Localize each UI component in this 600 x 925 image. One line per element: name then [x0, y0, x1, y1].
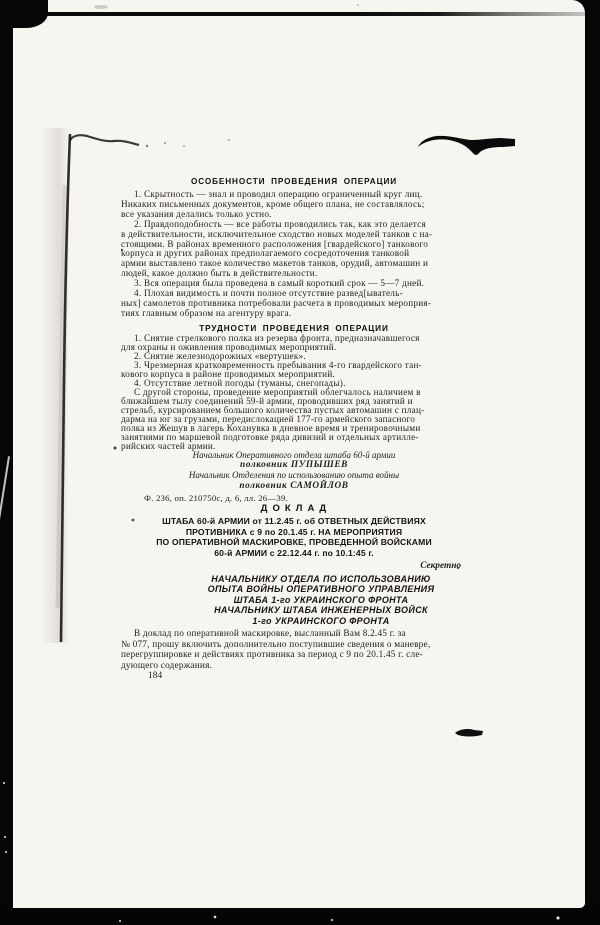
text-line: 1-го УКРАИНСКОГО ФРОНТА	[163, 616, 479, 626]
ink-dot	[228, 139, 230, 141]
text-line: перегруппировке и действиях противника з…	[121, 650, 467, 661]
ink-dash-artifact	[455, 729, 483, 737]
scratch-artifact	[0, 456, 10, 520]
report-body: В доклад по оперативной маскировке, высл…	[121, 629, 467, 671]
text-line: НАЧАЛЬНИКУ ОТДЕЛА ПО ИСПОЛЬЗОВАНИЮ	[163, 574, 479, 584]
dust-speck	[3, 782, 5, 784]
text-line: НАЧАЛЬНИКУ ШТАБА ИНЖЕНЕРНЫХ ВОЙСК	[163, 605, 479, 615]
right-scan-border	[585, 0, 600, 925]
text-line: ШТАБА 60-й АРМИИ от 11.2.45 г. об ОТВЕТН…	[121, 516, 467, 527]
ink-speck	[357, 4, 359, 6]
text-line: дующего содержания.	[121, 661, 467, 672]
left-scan-border	[0, 0, 13, 925]
text-line: № 077, прошу включить дополнительно пост…	[121, 640, 467, 651]
text-line: ПО ОПЕРАТИВНОЙ МАСКИРОВКЕ, ПРОВЕДЕННОЙ В…	[121, 537, 467, 548]
dust-speck	[5, 851, 7, 853]
features-paragraphs: 1. Скрытность — знал и проводил операцию…	[121, 190, 467, 319]
paragraph: В доклад по оперативной маскировке, высл…	[121, 629, 467, 671]
corner-scan-artifact	[0, 0, 48, 28]
archive-reference: Ф. 236, оп. 210750с, д. 6, лл. 26—39.	[144, 493, 288, 503]
report-doc-type: Д О К Л А Д	[121, 503, 467, 514]
paragraph: 4. Плохая видимость и почти полное отсут…	[121, 289, 467, 319]
dust-speck	[4, 836, 6, 838]
smudge-dot	[94, 5, 108, 9]
report-title: ШТАБА 60-й АРМИИ от 11.2.45 г. об ОТВЕТН…	[121, 516, 467, 558]
ink-speck	[114, 447, 117, 450]
paragraph: С другой стороны, проведение мероприятий…	[121, 388, 467, 451]
difficulties-paragraphs: 1. Снятие стрелкового полка из резерва ф…	[121, 334, 467, 451]
text-line: ШТАБА 1-го УКРАИНСКОГО ФРОНТА	[163, 595, 479, 605]
ink-dot	[164, 142, 166, 144]
addressee-block: НАЧАЛЬНИКУ ОТДЕЛА ПО ИСПОЛЬЗОВАНИЮОПЫТА …	[163, 574, 479, 626]
text-line: ПРОТИВНИКА с 9 по 20.1.45 г. НА МЕРОПРИЯ…	[121, 527, 467, 538]
classification-label: Секретно	[121, 561, 467, 571]
page-number: 184	[148, 671, 162, 681]
ink-dot	[183, 145, 185, 147]
section-heading-features: ОСОБЕННОСТИ ПРОВЕДЕНИЯ ОПЕРАЦИИ	[121, 177, 467, 186]
signature-block: Начальник Оперативного отдела штаба 60-й…	[121, 450, 467, 491]
section-heading-difficulties: ТРУДНОСТИ ПРОВЕДЕНИЯ ОПЕРАЦИИ	[121, 324, 467, 333]
paragraph: 3. Чрезмерная кратковременность пребыван…	[121, 361, 467, 379]
text-line: 60-й АРМИИ с 22.12.44 г. по 10.1:45 г.	[121, 548, 467, 559]
signature-role: Начальник Отделения по использованию опы…	[121, 470, 467, 480]
paragraph: 1. Скрытность — знал и проводил операцию…	[121, 190, 467, 220]
paragraph: 1. Снятие стрелкового полка из резерва ф…	[121, 334, 467, 352]
text-line: ОПЫТА ВОЙНЫ ОПЕРАТИВНОГО УПРАВЛЕНИЯ	[163, 584, 479, 594]
signature-name: полковник ПУПЫШЕВ	[121, 460, 467, 470]
ink-dot	[146, 145, 148, 147]
scribble-artifact	[70, 135, 139, 145]
bottom-scan-border	[0, 908, 600, 925]
ink-blob-artifact	[418, 136, 515, 155]
signature-name: полковник САМОЙЛОВ	[121, 481, 467, 491]
text-line: В доклад по оперативной маскировке, высл…	[121, 629, 467, 640]
book-page: ОСОБЕННОСТИ ПРОВЕДЕНИЯ ОПЕРАЦИИ 1. Скрыт…	[13, 0, 585, 908]
signature-role: Начальник Оперативного отдела штаба 60-й…	[121, 450, 467, 460]
paragraph: 2. Правдоподобность — все работы проводи…	[121, 220, 467, 279]
scanned-book-spread: { "colors": { "page_bg": "#f7f5f0", "sca…	[0, 0, 600, 925]
gutter-smudge-artifact	[59, 185, 66, 608]
text-line: тиях главным образом на агентуру врага.	[121, 309, 467, 319]
